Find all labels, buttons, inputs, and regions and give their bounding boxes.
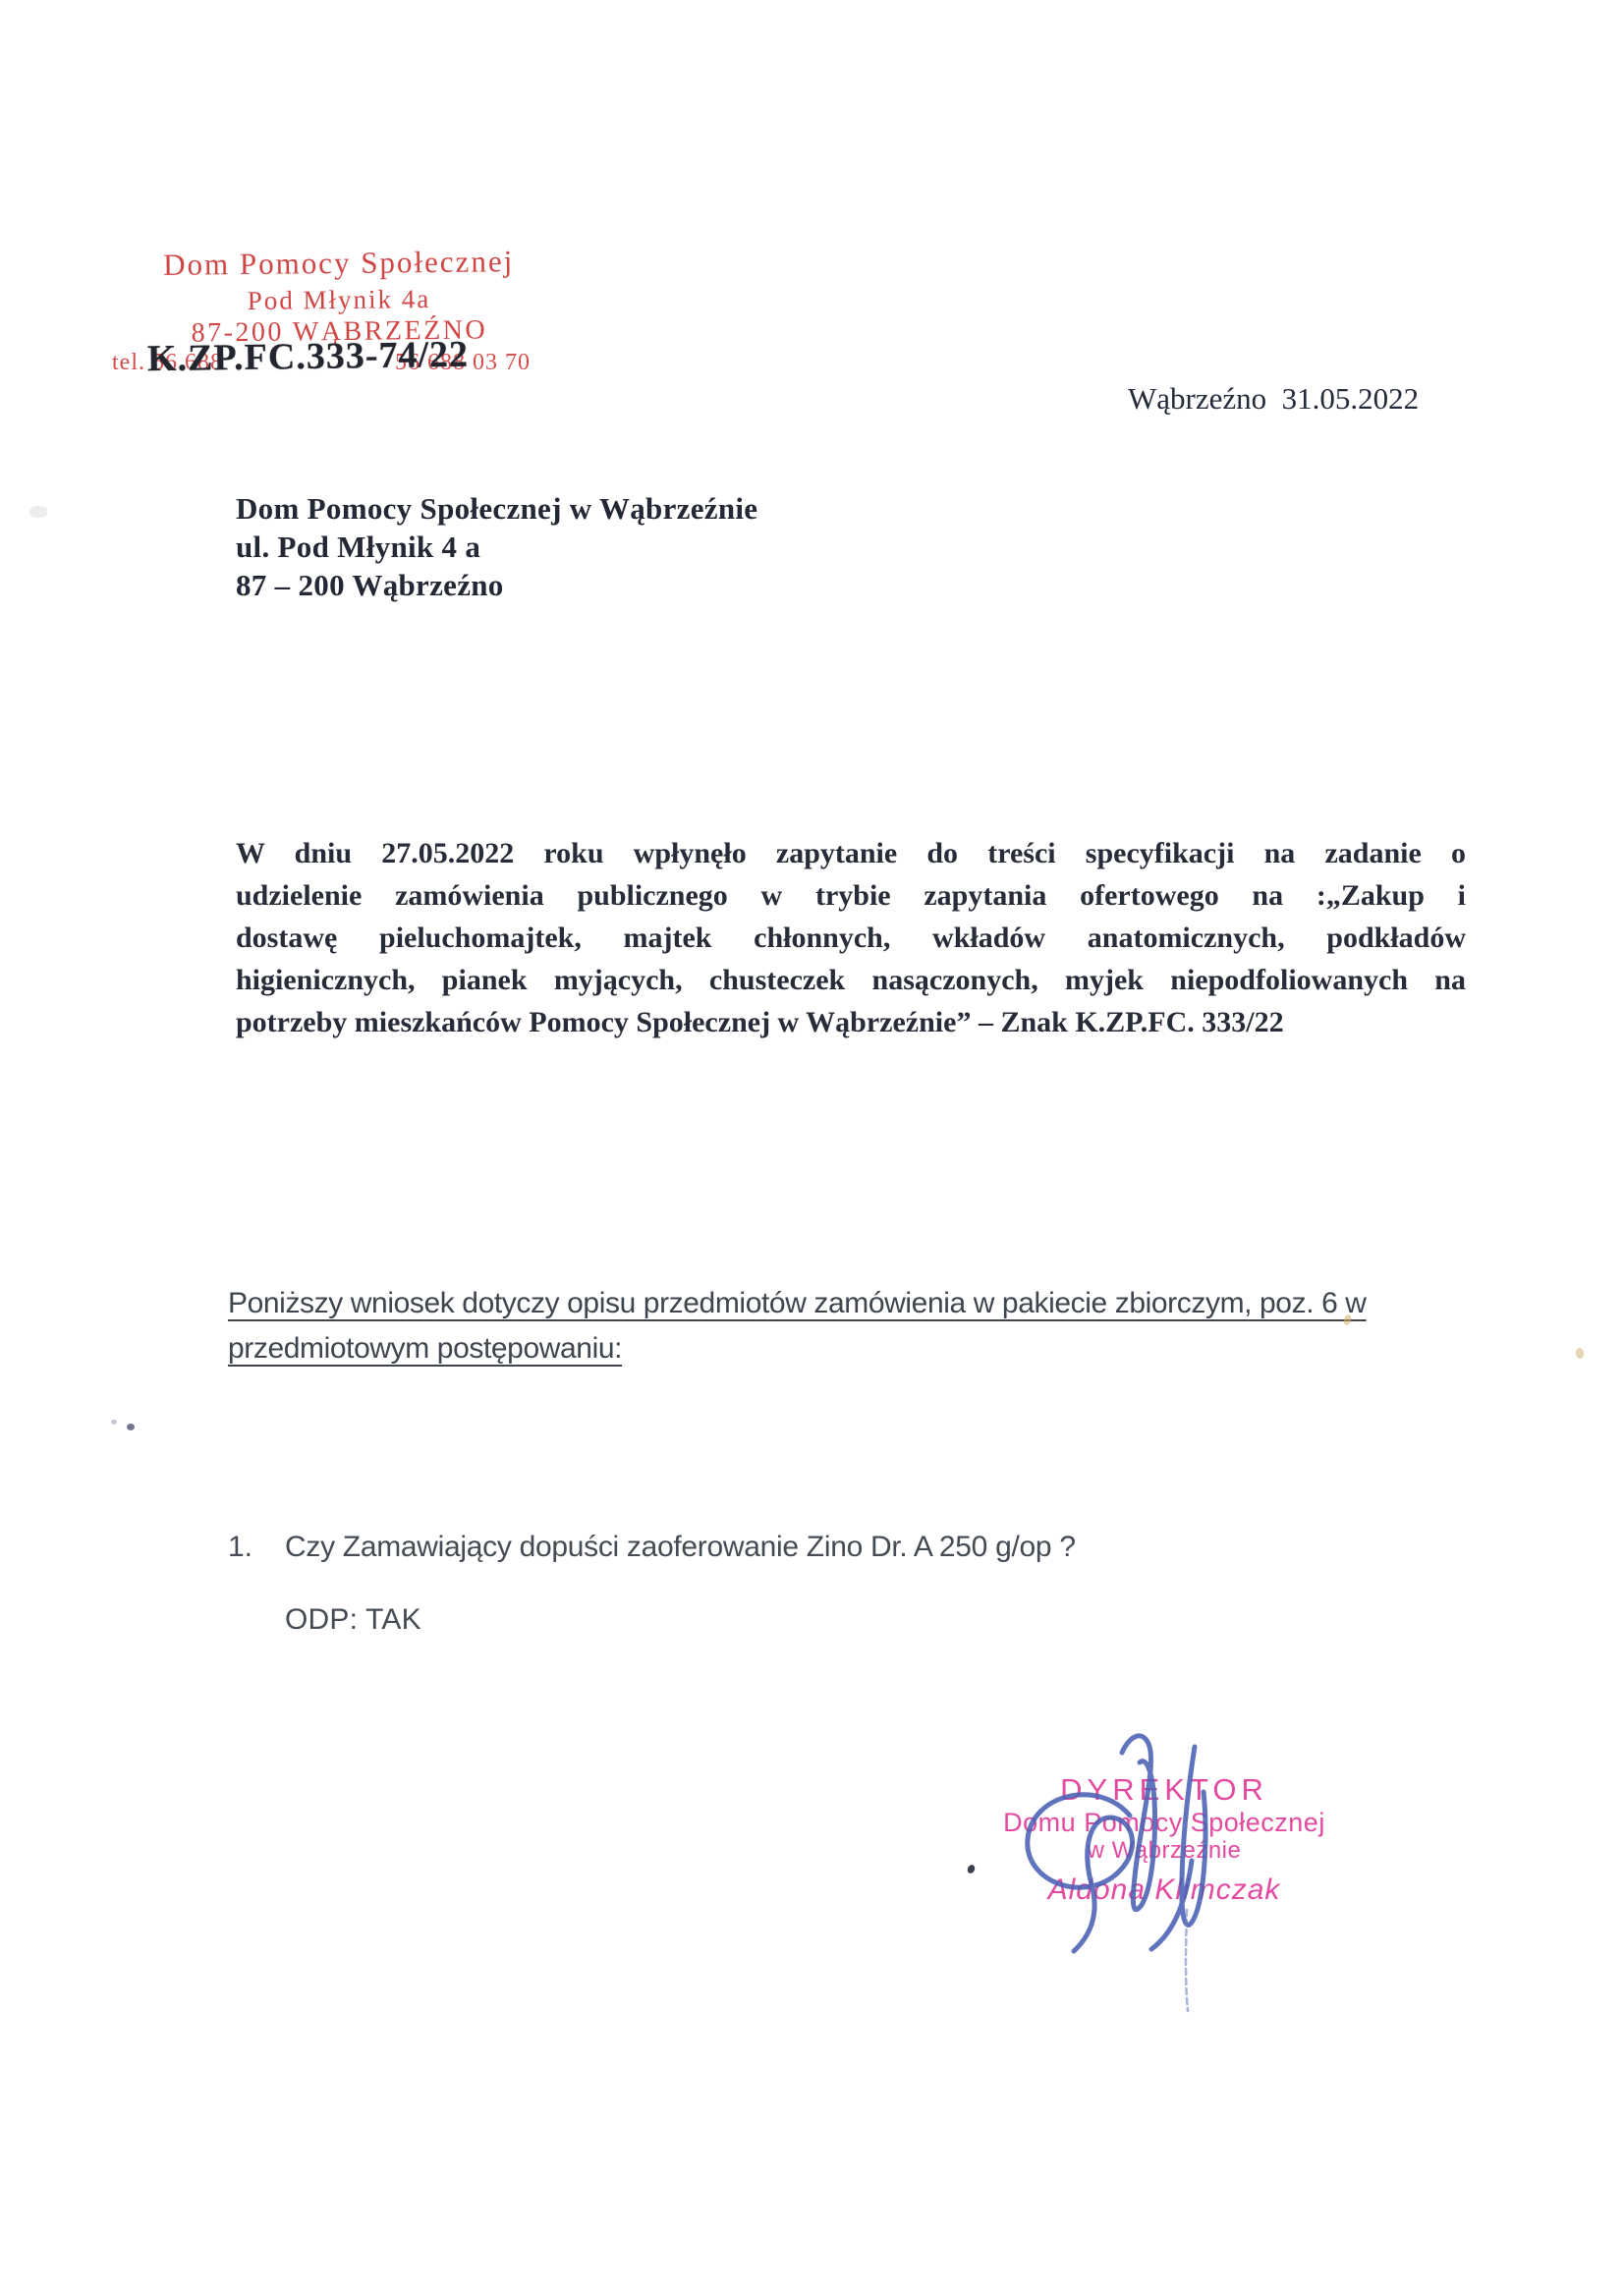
notice-line: Poniższy wniosek dotyczy opisu przedmiot… <box>228 1281 1367 1326</box>
scan-speck <box>127 1424 135 1430</box>
recipient-line-2: ul. Pod Młynik 4 a <box>236 528 757 566</box>
body-paragraph: W dniu 27.05.2022 roku wpłynęło zapytani… <box>236 832 1466 1043</box>
recipient-line-3: 87 – 200 Wąbrzeźno <box>236 566 757 604</box>
scan-speck <box>1575 1347 1585 1359</box>
recipient-block: Dom Pomocy Społecznej w Wąbrzeźnie ul. P… <box>236 489 757 604</box>
notice-line: przedmiotowym postępowaniu: <box>228 1326 622 1371</box>
scan-speck <box>29 506 47 518</box>
body-line: W dniu 27.05.2022 roku wpłynęło zapytani… <box>236 832 1466 874</box>
sender-stamp-org: Dom Pomocy Społecznej <box>107 240 569 288</box>
body-line: higienicznych, pianek myjących, chustecz… <box>236 959 1466 1001</box>
recipient-line-1: Dom Pomocy Społecznej w Wąbrzeźnie <box>236 489 757 528</box>
body-line: udzielenie zamówienia publicznego w tryb… <box>236 874 1466 917</box>
body-line: dostawę pieluchomajtek, majtek chłonnych… <box>236 917 1466 959</box>
sender-stamp-street: Pod Młynik 4a <box>108 283 570 318</box>
scanned-letter-page: Dom Pomocy Społecznej Pod Młynik 4a 87-2… <box>0 0 1624 2292</box>
question-number: 1. <box>228 1531 252 1564</box>
sender-stamp: Dom Pomocy Społecznej Pod Młynik 4a 87-2… <box>107 240 570 351</box>
reference-number: K.ZP.FC.333-74/22 <box>147 333 470 381</box>
dateline: Wąbrzeźno 31.05.2022 <box>1128 381 1419 417</box>
question-text: Czy Zamawiający dopuści zaoferowanie Zin… <box>285 1531 1076 1564</box>
notice-block: Poniższy wniosek dotyczy opisu przedmiot… <box>228 1281 1397 1371</box>
handwritten-signature <box>982 1721 1258 2016</box>
scan-speck <box>966 1864 976 1874</box>
scan-speck <box>111 1420 117 1425</box>
body-line: potrzeby mieszkańców Pomocy Społecznej w… <box>236 1001 1466 1043</box>
answer-text: ODP: TAK <box>285 1603 421 1637</box>
